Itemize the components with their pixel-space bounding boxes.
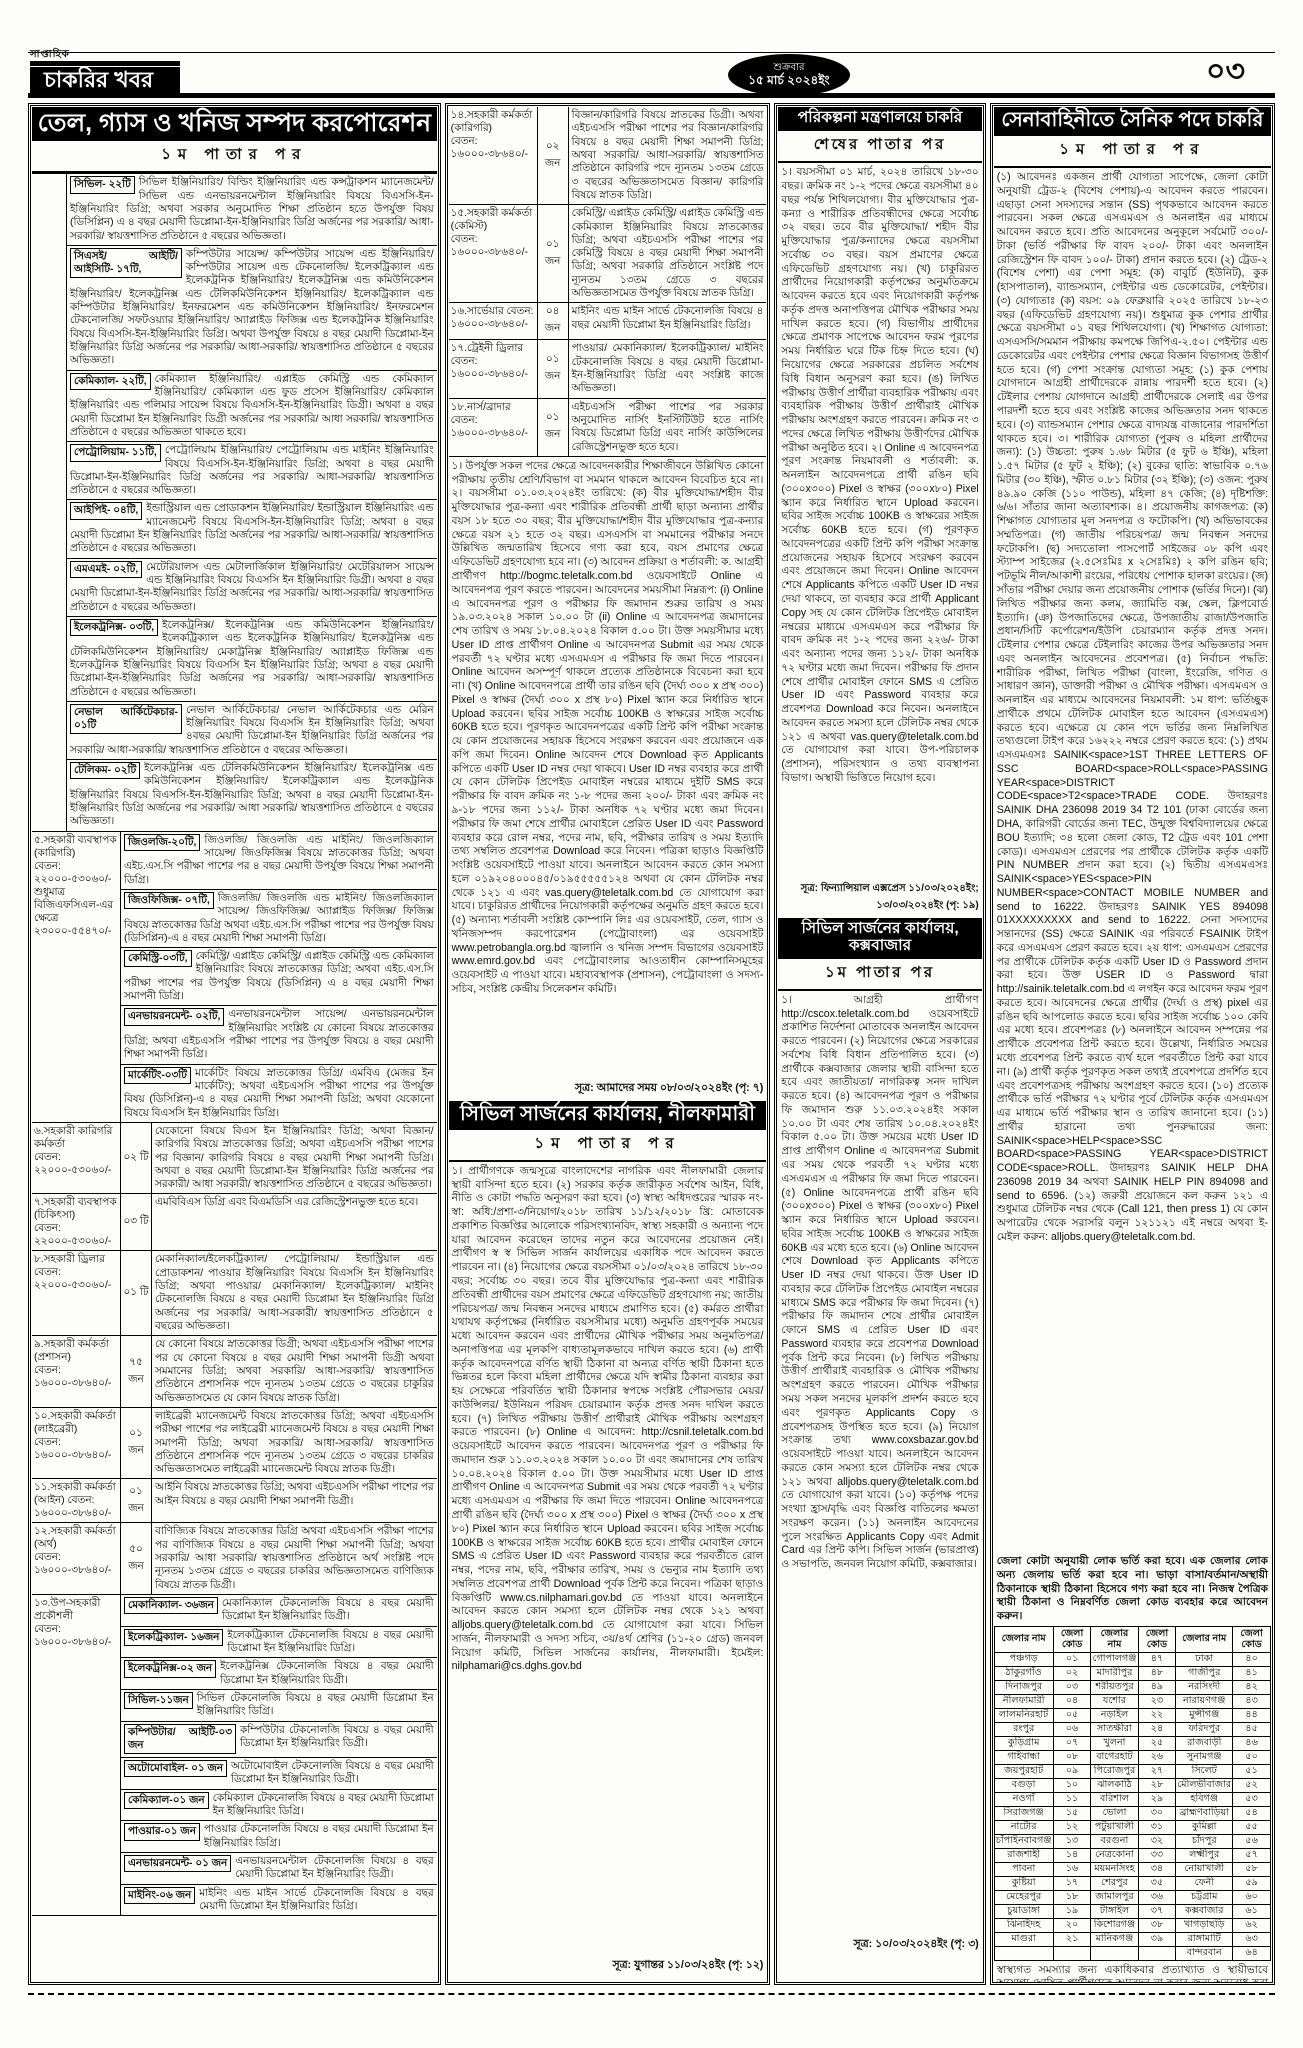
district-name: টাঙ্গাইল [1091,1904,1138,1918]
district-table-row: পঞ্চগড়০১গোপালগঞ্জ৪৭ঢাকা৪০ [994,1652,1270,1666]
district-code: ৫৮ [1233,1862,1271,1876]
planning-body: ১। বয়সসীমা ০১ মার্চ, ২০২৪ তারিখে ১৮-৩০ … [778,163,981,881]
district-code: ১৭ [1053,1876,1091,1890]
district-code: ২২ [1138,1708,1176,1722]
district-name: জয়পুরহাট [994,1764,1053,1778]
district-code: ১২ [1053,1820,1091,1834]
job-row-quals: সিভিল- ২২টিসিভিল ইঞ্জিনিয়ারিং/ বিল্ডিং … [67,174,437,830]
district-code: ৬১ [1233,1904,1271,1918]
job-subrow-label: এনভায়রনমেন্ট- ০১ জন [124,1855,231,1872]
district-code: ০১ [1053,1652,1091,1666]
district-code: ৬০ [1233,1890,1271,1904]
district-name: নওগাঁ [994,1792,1053,1806]
army-footer: স্বাস্থ্যগত সমস্যার জন্য একাধিকবার প্রত্… [994,1961,1271,1985]
district-name: দিনাজপুর [994,1680,1053,1694]
district-name: লালমনিরহাট [994,1708,1053,1722]
district-code: ১৩ [1053,1834,1091,1848]
district-code: ৫৪ [1233,1806,1271,1820]
job-subrow: এমএমই- ০২টি,মেটেরিয়ালস এন্ড মেটালার্জিক… [67,559,437,617]
district-name: ঝিনাইদহ [994,1918,1053,1932]
district-code: ৩৭ [1138,1904,1176,1918]
job-subrow-label: আইপিই- ০৪টি, [70,502,142,519]
district-table-row: নীলফামারী০৪যশোর২৩নারায়ণগঞ্জ৪৩ [994,1694,1270,1708]
district-name: পটুয়াখালী [1091,1820,1138,1834]
district-code: ০৫ [1053,1708,1091,1722]
district-name: ময়মনসিংহ [1091,1862,1138,1876]
job-subrow-label: এনভায়রনমেন্ট- ০২টি, [124,1008,224,1025]
job-row-qual: মেকানিক্যাল/ইলেকট্রিক্যাল/ পেট্রোলিয়াম/… [152,1251,437,1335]
coxsbazar-body: ১। আগ্রহী প্রার্থীগণ http://cscox.teleta… [778,991,981,1935]
job-subrow-label: সিভিল-১১জন [124,1692,193,1709]
district-code: ৩৯ [1138,1932,1176,1946]
job-subrow: সিভিল-১১জনসিভিল টেকনোলজি বিষয়ে ৪ বছর মে… [121,1690,437,1722]
district-table-header: জেলার নাম [1176,1627,1233,1653]
job-row-qual: কেমিস্ট্রি/ এপ্লাইড কেমিস্ট্রি/ এপ্লাইড … [569,205,767,302]
district-name: সিরাজগঞ্জ [994,1806,1053,1820]
district-name: কিশোরগঞ্জ [1091,1918,1138,1932]
district-name: মুন্সীগঞ্জ [1176,1708,1233,1722]
job-row-count: ০৩ টি [121,1194,152,1250]
district-code: ০৩ [1053,1680,1091,1694]
district-code: ৪১ [1233,1666,1271,1680]
job-row-side: ৫.সহকারী ব্যবস্থাপক (কারিগরি) বেতন: ২২০০… [32,832,121,1122]
nilphamari-source: সূত্র: যুগান্তর ১১/০৩/২৪ইং (পৃ: ১২) [449,1956,767,1978]
job-subrow: কেমিস্ট্রি-০৩টি,কেমিস্ট্রি/ এপ্লাইড কেমি… [121,948,437,1006]
newspaper-page: সাপ্তাহিক চাকরির খবর শুক্রবার ১৫ মার্চ ২… [0,0,1303,2048]
district-code: ৫৭ [1233,1848,1271,1862]
job-subrow-label: নেভাল আর্কিটেকচার- ০১টি [70,704,182,735]
job-row-side: ১৫.সহকারী কর্মকর্তা (কেমিস্ট) বেতন: ১৬০০… [449,205,538,302]
job-table-row: ৬.সহকারী কারিগরি কর্মকর্তা বেতন: ২২০০০-৫… [32,1123,437,1195]
job-subrow-label: পাওয়ার-০১ জন [124,1823,200,1840]
district-code: ২০ [1053,1918,1091,1932]
district-name: রাজবাড়ী [1176,1736,1233,1750]
job-table-row: ৫.সহকারী ব্যবস্থাপক (কারিগরি) বেতন: ২২০০… [32,832,437,1123]
job-table-row: ১৪.সহকারী কর্মকর্তা (কারিগরি) বেতন: ১৬০০… [449,107,767,205]
job-subrow: মেকানিক্যাল- ৩৬জনমেকানিক্যাল টেকনোলজি বি… [121,1595,437,1627]
district-code: ৫৯ [1233,1876,1271,1890]
district-name: ফরিদপুর [1176,1722,1233,1736]
job-subrow: পাওয়ার-০১ জনপাওয়ার টেকনোলজি বিষয়ে ৪ ব… [121,1821,437,1853]
job-subrow: সিএসই/ আইটি/ আইসিটি- ১৭টি,কম্পিউটার সায়… [67,246,437,371]
section-army-continued: ১ম পাতার পর [994,136,1271,168]
section-army-soldier: সেনাবাহিনীতে সৈনিক পদে চাকরি ১ম পাতার পর… [990,103,1275,1985]
petrobangla-position-table: সিভিল- ২২টিসিভিল ইঞ্জিনিয়ারিং/ বিল্ডিং … [32,173,437,1916]
district-code: ৪৮ [1138,1666,1176,1680]
job-row-qual: লাইব্রেরী ম্যানেজমেন্ট বিষয়ে স্নাতকোত্ত… [152,1408,437,1479]
district-code: ০২ [1053,1666,1091,1680]
district-code: ০৯ [1053,1764,1091,1778]
job-table-row: ৭.সহকারী ব্যবস্থাপক (চিকিৎসা) বেতন: ২২০০… [32,1194,437,1251]
district-name: ঢাকা [1176,1652,1233,1666]
job-subrow: আইপিই- ০৪টি,ইন্ডাস্ট্রিয়াল এন্ড প্রোডাক… [67,500,437,558]
district-name: ফেনী [1176,1876,1233,1890]
district-name: মানিকগঞ্জ [1091,1932,1138,1946]
job-subrow: টেলিকম- ০২টিইলেকট্রনিক্স এন্ড টেলিকমিউনি… [67,760,437,831]
district-name: শেরপুর [1091,1876,1138,1890]
district-name: রংপুর [994,1722,1053,1736]
district-name: জামালপুর [1091,1890,1138,1904]
district-table-header-row: জেলার নামজেলা কোডজেলার নামজেলা কোডজেলার … [994,1627,1270,1653]
job-subrow-label: এমএমই- ০২টি, [70,561,142,578]
district-name: সাতক্ষীরা [1091,1722,1138,1736]
section-petrobangla-cont: ১৪.সহকারী কর্মকর্তা (কারিগরি) বেতন: ১৬০০… [445,103,771,1985]
job-subrow-label: কেমিক্যাল-০১ জন [124,1792,209,1809]
district-table-row: ঝিনাইদহ২০কিশোরগঞ্জ৩৮খাগড়াছড়ি৬২ [994,1918,1270,1932]
job-subrow: এনভায়রনমেন্ট- ০২টি,এনভায়রনমেন্টাল সায়… [121,1006,437,1064]
district-table-header: জেলার নাম [994,1627,1053,1653]
job-subrow-label: পেট্রোলিয়াম- ১১টি, [70,444,161,461]
coxsbazar-source: সূত্র: ১০/০৩/২০২৪ইং (পৃ: ৩) [778,1935,981,1957]
district-name: খুলনা [1091,1736,1138,1750]
district-name: বরিশাল [1091,1792,1138,1806]
district-code: ৬২ [1233,1918,1271,1932]
nilphamari-body: ১। প্রার্থীগণকে জন্মসূত্রে বাংলাদেশের না… [449,1162,767,1956]
district-name: নেত্রকোনা [1091,1848,1138,1862]
district-table-row: রাজশাহী১৪নেত্রকোনা৩৩লক্ষ্মীপুর৫৭ [994,1848,1270,1862]
planning-source: সূত্র: ফিন্যান্সিয়াল এক্সপ্রেস ১১/০৩/২০… [778,881,981,918]
district-code: ৪৭ [1138,1652,1176,1666]
job-subrow: কেমিক্যাল- ২২টি,কেমিক্যাল ইঞ্জিনিয়ারিং/… [67,371,437,443]
district-name: সুনামগঞ্জ [1176,1750,1233,1764]
district-name: নাটোর [994,1820,1053,1834]
job-table-row: ৮.সহকারী ড্রিলার বেতন: ২২০০০-৫৩০৬০/-০১ ট… [32,1251,437,1336]
section-planning-title: পরিকল্পনা মন্ত্রণালয়ে চাকরি [778,107,981,131]
job-row-quals: জিওলজি-২০টি,জিওলজি/ জিওলজি এন্ড মাইনিং/ … [121,832,437,1122]
district-code: ৫৫ [1233,1820,1271,1834]
district-table-row: কুড়িগ্রাম০৭খুলনা২৫রাজবাড়ী৪৬ [994,1736,1270,1750]
district-code: ৫২ [1233,1778,1271,1792]
job-row-quals: মেকানিক্যাল- ৩৬জনমেকানিক্যাল টেকনোলজি বি… [121,1595,437,1915]
district-name: কুষ্টিয়া [994,1876,1053,1890]
district-code: ২৫ [1138,1736,1176,1750]
job-row-count: ০২ জন [538,107,569,204]
district-name: চট্টগ্রাম [1176,1890,1233,1904]
job-table-row: ১৮.নার্স/ব্রাদার বেতন: ১৬০০০-৩৮৬৪০/-০১ জ… [449,399,767,457]
district-table-row: নওগাঁ১১বরিশাল২৯হবিগঞ্জ৫৩ [994,1792,1270,1806]
job-subrow: মাইনিং-০৬ জনমাইনিং এন্ড মাইন সার্ভে টেকন… [121,1885,437,1916]
district-name: কুমিল্লা [1176,1820,1233,1834]
district-name: রাঙ্গামাটি [1176,1932,1233,1946]
district-code: ৬৪ [1233,1946,1271,1960]
district-table-row: নাটোর১২পটুয়াখালী৩১কুমিল্লা৫৫ [994,1820,1270,1834]
job-row-count: ০১ জন [538,205,569,302]
job-subrow-label: কেমিক্যাল- ২২টি, [70,373,151,390]
district-code: ৪৩ [1233,1694,1271,1708]
job-row-side: ১৭.ট্রেইনী ড্রিলার বেতন: ১৬০০০-৩৮৬৪০/- [449,340,538,397]
job-row-side: ৯.সহকারী কর্মকর্তা (প্রশাসন) বেতন: ১৬০০০… [32,1336,121,1407]
district-table-row: রংপুর০৬সাতক্ষীরা২৪ফরিদপুর৪৫ [994,1722,1270,1736]
district-table-row: ঠাকুরগাঁও০২মাদারীপুর৪৮গাজীপুর৪১ [994,1666,1270,1680]
job-row-count: ০১ জন [538,399,569,456]
district-table-row: বগুড়া১০ঝালকাঠি২৮মৌলভীবাজার৫২ [994,1778,1270,1792]
district-code: ৪৫ [1233,1722,1271,1736]
job-subrow-label: কম্পিউটার/ আইটি-০৩ জন [124,1724,236,1755]
district-code: ৩৮ [1138,1918,1176,1932]
logo-strip [30,61,180,66]
job-subrow: ইলেকট্রনিক্স- ০৩টি,ইলেকট্রনিক্স/ ইলেকট্র… [67,617,437,702]
district-name: চুয়াডাঙ্গা [994,1904,1053,1918]
section-army-title: সেনাবাহিনীতে সৈনিক পদে চাকরি [994,107,1271,136]
district-table-row: মেহেরপুর১৮জামালপুর৩৬চট্টগ্রাম৬০ [994,1890,1270,1904]
job-subrow-label: মেকানিক্যাল- ৩৬জন [124,1597,218,1614]
district-code: ৫৩ [1233,1792,1271,1806]
job-row-qual: বিজ্ঞান/কারিগরি বিষয়ে স্নাতকের ডিগ্রী। … [569,107,767,204]
section-coxsbazar-title: সিভিল সার্জনের কার্যালয়, কক্সবাজার [778,918,981,959]
district-code: ২১ [1053,1932,1091,1946]
district-name: নোয়াখালী [1176,1862,1233,1876]
district-code: ৩১ [1138,1820,1176,1834]
district-table-row: সিরাজগঞ্জ১৫ভোলা৩০ব্রাহ্মণবাড়িয়া৫৪ [994,1806,1270,1820]
district-code: ৩৩ [1138,1848,1176,1862]
job-subrow: অটোমোবাইল- ০১ জনঅটোমোবাইল টেকনোলজি বিষয়… [121,1758,437,1790]
district-name: কক্সবাজার [1176,1904,1233,1918]
job-row-qual: আইনি বিষয়ে স্নাতকোত্তর ডিগ্রি; অথবা এইচ… [152,1479,437,1522]
job-row-side [32,174,67,830]
district-code-table: জেলার নামজেলা কোডজেলার নামজেলা কোডজেলার … [994,1626,1271,1961]
district-code: ২৩ [1138,1694,1176,1708]
district-code: ০৮ [1053,1750,1091,1764]
district-name: নরসিংদী [1176,1680,1233,1694]
job-subrow: নেভাল আর্কিটেকচার- ০১টিনেভাল আর্কিটেকচার… [67,702,437,760]
job-subrow: মার্কেটিং-০৩টিমার্কেটিং বিষয়ে স্নাতকোত্… [121,1065,437,1122]
job-table-row: ১২.সহকারী কর্মকর্তা (অর্থ) বেতন: ১৬০০০-৩… [32,1523,437,1595]
job-subrow: জিওলজি-২০টি,জিওলজি/ জিওলজি এন্ড মাইনিং/ … [121,832,437,890]
district-code: ৪২ [1233,1680,1271,1694]
district-table-row: বান্দরবান৬৪ [994,1946,1270,1960]
bottom-rule [28,1993,1275,1995]
district-name: যশোর [1091,1694,1138,1708]
section-petrobangla-title: তেল, গ্যাস ও খনিজ সম্পদ করপোরেশন [32,107,437,141]
district-table-row: দিনাজপুর০৩শরীয়তপুর৪৯নরসিংদী৪২ [994,1680,1270,1694]
job-table-row: ১১.সহকারী কর্মকর্তা (আইন) বেতন: ১৬০০০-৩৮… [32,1479,437,1523]
job-subrow: ইলেকট্রিক্যাল- ১৬জনইলেকট্রিক্যাল টেকনোলজ… [121,1627,437,1659]
section-coxsbazar-continued: ১ম পাতার পর [778,959,981,991]
job-subrow: কেমিক্যাল-০১ জনকেমিক্যাল টেকনোলজি বিষয়ে… [121,1790,437,1822]
logo-title: চাকরির খবর [30,67,180,95]
district-code: ১৮ [1053,1890,1091,1904]
date-badge: শুক্রবার ১৫ মার্চ ২০২৪ইং [728,54,850,96]
district-table-row: জয়পুরহাট০৯পিরোজপুর২৭সিলেট৫১ [994,1764,1270,1778]
district-code: ৫৬ [1233,1834,1271,1848]
district-code: ০৬ [1053,1722,1091,1736]
job-row-side: ৬.সহকারী কারিগরি কর্মকর্তা বেতন: ২২০০০-৫… [32,1123,121,1194]
district-name: বাগেরহাট [1091,1750,1138,1764]
district-code: ২৯ [1138,1792,1176,1806]
district-code: ১০ [1053,1778,1091,1792]
army-quota-note: জেলা কোটা অনুযায়ী লোক ভর্তি করা হবে। এক… [994,1552,1271,1624]
district-name: শরীয়তপুর [1091,1680,1138,1694]
job-row-qual: যেকোনো বিষয়ে বিএস ইন ইঞ্জিনিয়ারিং ডিগ্… [152,1123,437,1194]
district-name: চাঁপাইনবাবগঞ্জ [994,1834,1053,1848]
job-row-side: ১২.সহকারী কর্মকর্তা (অর্থ) বেতন: ১৬০০০-৩… [32,1523,121,1594]
job-table-row: ১০.সহকারী কর্মকর্তা (লাইব্রেরী) বেতন: ১৬… [32,1408,437,1480]
district-name: খাগড়াছড়ি [1176,1918,1233,1932]
issue-date: ১৫ মার্চ ২০২৪ইং [748,74,829,88]
job-row-qual: যে কোনো বিষয়ে স্নাতকোত্তর ডিগ্রী; অথবা … [152,1336,437,1407]
job-subrow-label: জিওফিজিক্স- ০৭টি, [124,892,214,909]
district-table-row: চুয়াডাঙ্গা১৯টাঙ্গাইল৩৭কক্সবাজার৬১ [994,1904,1270,1918]
job-subrow: সিভিল- ২২টিসিভিল ইঞ্জিনিয়ারিং/ বিল্ডিং … [67,174,437,246]
district-name: নারায়ণগঞ্জ [1176,1694,1233,1708]
job-row-side: ১৮.নার্স/ব্রাদার বেতন: ১৬০০০-৩৮৬৪০/- [449,399,538,456]
district-name: সিলেট [1176,1764,1233,1778]
district-table-row: লালমনিরহাট০৫নড়াইল২২মুন্সীগঞ্জ৪৪ [994,1708,1270,1722]
district-code: ২৪ [1138,1722,1176,1736]
job-subrow-label: মাইনিং-০৬ জন [124,1887,195,1904]
page-number: ০৩ [1206,47,1271,98]
district-code: ২৮ [1138,1778,1176,1792]
district-code: ৩৪ [1138,1862,1176,1876]
district-table-row: পাবনা১৬ময়মনসিংহ৩৪নোয়াখালী৫৮ [994,1862,1270,1876]
district-name: হবিগঞ্জ [1176,1792,1233,1806]
district-name: কুড়িগ্রাম [994,1736,1053,1750]
district-code: ১৪ [1053,1848,1091,1862]
job-subrow-label: জিওলজি-২০টি, [124,834,200,851]
job-row-side: ৮.সহকারী ড্রিলার বেতন: ২২০০০-৫৩০৬০/- [32,1251,121,1335]
job-row-qual: বাণিজ্যিক বিষয়ে স্নাতকোত্তর ডিগ্রি অথবা… [152,1523,437,1594]
district-code: ৩০ [1138,1806,1176,1820]
job-row-qual: মাইনিং এন্ড মাইন সার্ভে টেকনোলজি বিষয়ে … [569,303,767,339]
job-subrow-label: সিএসই/ আইটি/ আইসিটি- ১৭টি, [70,248,182,279]
job-subrow-label: ইলেকট্রনিক্স-০২ জন [124,1660,216,1677]
job-subrow: এনভায়রনমেন্ট- ০১ জনএনভায়রনমেন্টাল টেকন… [121,1853,437,1885]
district-name: বরগুনা [1091,1834,1138,1848]
section-petrobangla: তেল, গ্যাস ও খনিজ সম্পদ করপোরেশন ১ম পাতা… [28,103,441,1985]
district-code: ২৭ [1138,1764,1176,1778]
district-name: ব্রাহ্মণবাড়িয়া [1176,1806,1233,1820]
district-table-row: চাঁপাইনবাবগঞ্জ১৩বরগুনা৩২চাঁদপুর৫৬ [994,1834,1270,1848]
district-name: নীলফামারী [994,1694,1053,1708]
district-code [1138,1946,1176,1960]
district-code: ১১ [1053,1792,1091,1806]
district-name: গোপালগঞ্জ [1091,1652,1138,1666]
district-code: ০৭ [1053,1736,1091,1750]
district-name: মেহেরপুর [994,1890,1053,1904]
job-row-side: ১১.সহকারী কর্মকর্তা (আইন) বেতন: ১৬০০০-৩৮… [32,1479,121,1522]
district-name: চাঁদপুর [1176,1834,1233,1848]
job-subrow-label: টেলিকম- ০২টি [70,762,140,779]
district-code: ১৫ [1053,1806,1091,1820]
district-table-header: জেলা কোড [1233,1627,1271,1653]
district-name: নড়াইল [1091,1708,1138,1722]
district-table-row: মাগুরা২১মানিকগঞ্জ৩৯রাঙ্গামাটি৬৩ [994,1932,1270,1946]
district-code: ৩২ [1138,1834,1176,1848]
job-table-row: ৯.সহকারী কর্মকর্তা (প্রশাসন) বেতন: ১৬০০০… [32,1336,437,1408]
district-name: ঝালকাঠি [1091,1778,1138,1792]
job-table-row: ১৩.উপ-সহকারী প্রকৌশলী বেতন: ১৬০০০-৩৮৬৪০/… [32,1595,437,1916]
job-table-row: ১৭.ট্রেইনী ড্রিলার বেতন: ১৬০০০-৩৮৬৪০/-০১… [449,340,767,398]
job-subrow: পেট্রোলিয়াম- ১১টি,পেট্রোলিয়াম ইঞ্জিনিয… [67,442,437,500]
district-name: রাজশাহী [994,1848,1053,1862]
district-code: ৬৩ [1233,1932,1271,1946]
district-name: পঞ্চগড় [994,1652,1053,1666]
district-name: ঠাকুরগাঁও [994,1666,1053,1680]
district-code: ৫১ [1233,1764,1271,1778]
job-subrow-label: কেমিস্ট্রি-০৩টি, [124,950,192,967]
job-subrow: জিওফিজিক্স- ০৭টি,জিওলজি/ জিওলজি এন্ড মাই… [121,890,437,948]
district-name: পাবনা [994,1862,1053,1876]
logo-weekly-label: সাপ্তাহিক [30,50,180,60]
columns: তেল, গ্যাস ও খনিজ সম্পদ করপোরেশন ১ম পাতা… [28,103,1275,1985]
district-name: বগুড়া [994,1778,1053,1792]
job-row-count: ৫০ জন [121,1523,152,1594]
job-subrow-label: অটোমোবাইল- ০১ জন [124,1760,227,1777]
district-table-header: জেলা কোড [1053,1627,1091,1653]
job-table-row: ১৫.সহকারী কর্মকর্তা (কেমিস্ট) বেতন: ১৬০০… [449,205,767,303]
job-row-count: ০১ জন [538,340,569,397]
section-petrobangla-continued: ১ম পাতার পর [32,141,437,173]
army-body: (১) আবেদনঃ একজন প্রার্থী যোগ্যতা সাপেক্ষ… [994,168,1271,1552]
job-subrow-label: মার্কেটিং-০৩টি [124,1067,191,1084]
petrobangla-notes: ১। উপর্যুক্ত সকল পদের ক্ষেত্রে আবেদনকারী… [449,457,767,1079]
district-code: ৩৫ [1138,1876,1176,1890]
district-code: ২৬ [1138,1750,1176,1764]
district-code: ১৬ [1053,1862,1091,1876]
job-subrow: ইলেকট্রনিক্স-০২ জনইলেকট্রনিক্স টেকনোলজি … [121,1658,437,1690]
district-name: মাদারীপুর [1091,1666,1138,1680]
job-row-count: ৭৫ জন [121,1336,152,1407]
district-table-header: জেলার নাম [1091,1627,1138,1653]
job-row-qual: এইচএসসি পরীক্ষা পাশের পর সরকার অনুমোদিত … [569,399,767,456]
district-name: মৌলভীবাজার [1176,1778,1233,1792]
district-code: ০৪ [1053,1694,1091,1708]
petrobangla-source: সূত্র: আমাদের সময় ০৮/০৩/২০২৪ইং (পৃ: ৭) [449,1079,767,1101]
section-nilphamari-continued: ১ম পাতার পর [449,1130,767,1162]
district-name: মাগুরা [994,1932,1053,1946]
job-row-count: ০১ জন [121,1408,152,1479]
job-subrow-label: ইলেকট্রনিক্স- ০৩টি, [70,619,158,636]
district-name: গাইবান্ধা [994,1750,1053,1764]
job-row-count: ০১ টি [121,1251,152,1335]
job-table-row: ১৬.সার্ভেয়ার বেতন: ১৬০০০-৩৮৬৪০/-০৪ জনমা… [449,303,767,340]
job-subrow: কম্পিউটার/ আইটি-০৩ জনকম্পিউটার টেকনোলজি … [121,1722,437,1759]
job-row-side: ৭.সহকারী ব্যবস্থাপক (চিকিৎসা) বেতন: ২২০০… [32,1194,121,1250]
newspaper-logo: সাপ্তাহিক চাকরির খবর [30,50,180,95]
job-row-side: ১০.সহকারী কর্মকর্তা (লাইব্রেরী) বেতন: ১৬… [32,1408,121,1479]
job-row-side: ১৬.সার্ভেয়ার বেতন: ১৬০০০-৩৮৬৪০/- [449,303,538,339]
job-row-qual: পাওয়ার/ মেকানিক্যাল/ ইলেকট্রিক্যাল/ মাই… [569,340,767,397]
job-row-side: ১৩.উপ-সহকারী প্রকৌশলী বেতন: ১৬০০০-৩৮৬৪০/… [32,1595,121,1915]
job-row-count: ০১ জন [121,1479,152,1522]
district-code: ৪৬ [1233,1736,1271,1750]
job-subrow-label: সিভিল- ২২টি [70,176,135,193]
district-name: বান্দরবান [1176,1946,1233,1960]
masthead: সাপ্তাহিক চাকরির খবর শুক্রবার ১৫ মার্চ ২… [28,52,1275,98]
district-name: পিরোজপুর [1091,1764,1138,1778]
job-row-count: ০৪ জন [538,303,569,339]
job-row-count: ০২ টি [121,1123,152,1194]
section-planning-ministry: পরিকল্পনা মন্ত্রণালয়ে চাকরি শেষের পাতার… [774,103,985,1985]
district-code: ৪৯ [1138,1680,1176,1694]
job-table-row: সিভিল- ২২টিসিভিল ইঞ্জিনিয়ারিং/ বিল্ডিং … [32,174,437,831]
petrobangla-position-table-cont: ১৪.সহকারী কর্মকর্তা (কারিগরি) বেতন: ১৬০০… [449,107,767,457]
district-name: লক্ষ্মীপুর [1176,1848,1233,1862]
district-code: ৪০ [1233,1652,1271,1666]
district-name [994,1946,1053,1960]
section-planning-continued: শেষের পাতার পর [778,131,981,163]
district-table-header: জেলা কোড [1138,1627,1176,1653]
district-name: ভোলা [1091,1806,1138,1820]
job-row-side: ১৪.সহকারী কর্মকর্তা (কারিগরি) বেতন: ১৬০০… [449,107,538,204]
district-code: ৫০ [1233,1750,1271,1764]
district-code [1053,1946,1091,1960]
district-code: ৪৪ [1233,1708,1271,1722]
district-code: ১৯ [1053,1904,1091,1918]
job-row-qual: এমবিবিএস ডিগ্রি এবং বিএমডিসি এর রেজিস্ট্… [152,1194,437,1250]
district-name [1091,1946,1138,1960]
job-subrow-label: ইলেকট্রিক্যাল- ১৬জন [124,1629,223,1646]
